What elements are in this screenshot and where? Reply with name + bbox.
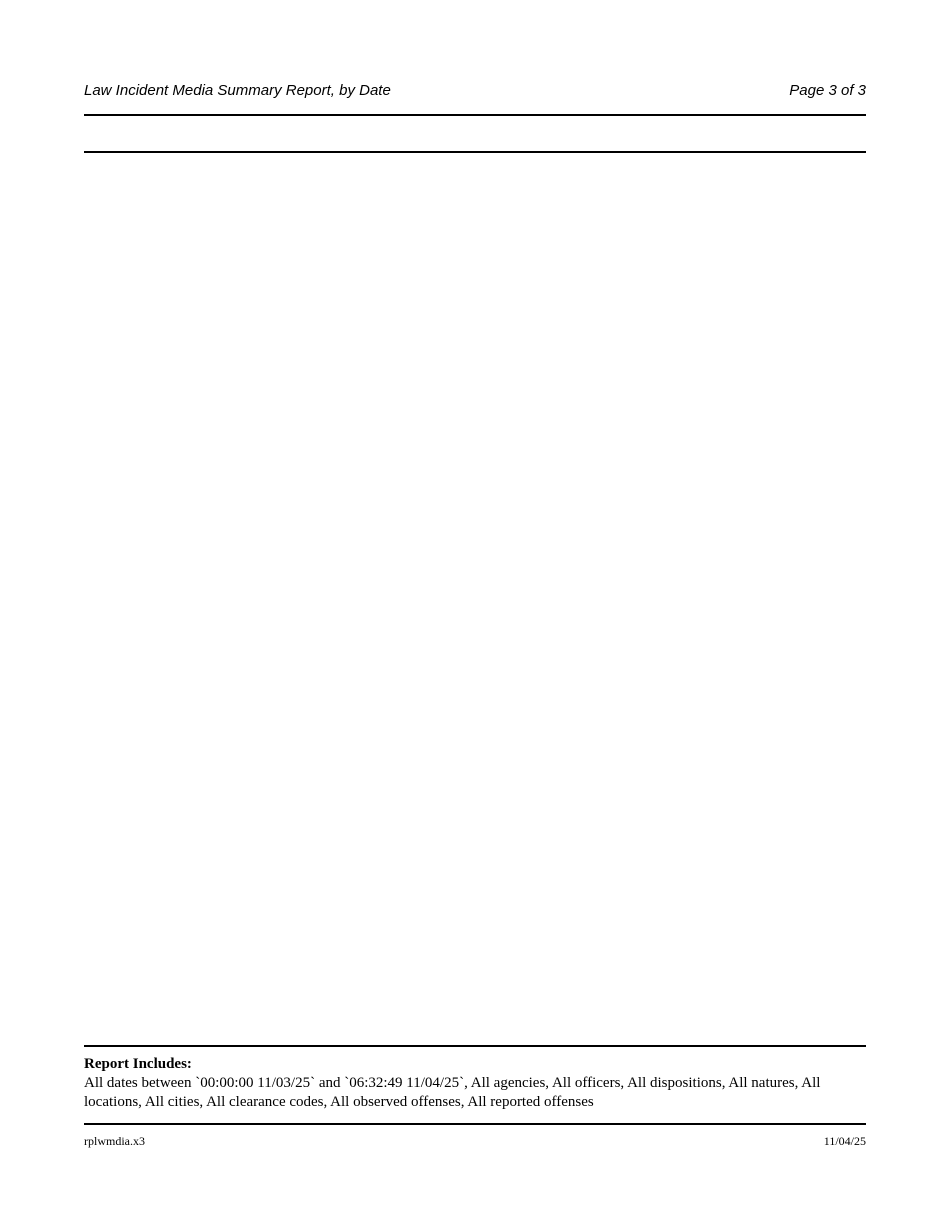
report-includes-text: All dates between `00:00:00 11/03/25` an… bbox=[84, 1074, 866, 1112]
report-includes-divider-top bbox=[84, 1045, 866, 1047]
header-divider-bottom bbox=[84, 151, 866, 153]
header-divider-top bbox=[84, 114, 866, 116]
report-page: Law Incident Media Summary Report, by Da… bbox=[0, 0, 950, 1229]
footer-divider bbox=[84, 1123, 866, 1125]
page-number: Page 3 of 3 bbox=[789, 82, 866, 99]
print-date: 11/04/25 bbox=[824, 1134, 866, 1149]
program-name: rplwmdia.x3 bbox=[84, 1134, 145, 1149]
report-includes-heading: Report Includes: bbox=[84, 1056, 192, 1073]
report-title: Law Incident Media Summary Report, by Da… bbox=[84, 82, 391, 99]
